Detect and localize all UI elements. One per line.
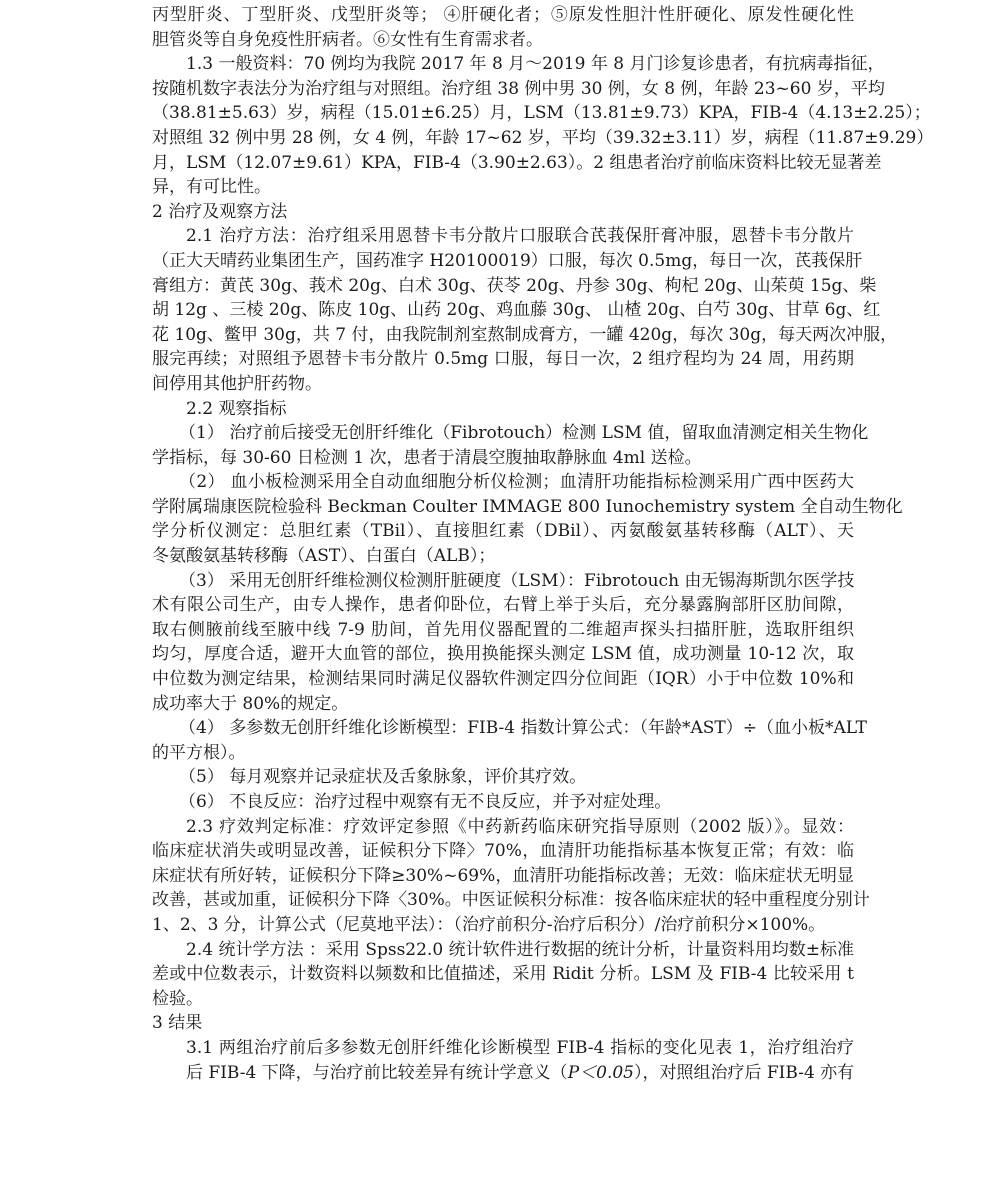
text-line: 花 10g、鳖甲 30g，共 7 付，由我院制剂室熬制成膏方，一罐 420g，每… (152, 323, 854, 348)
text-line: 均匀，厚度合适，避开大血管的部位，换用换能探头测定 LSM 值，成功测量 10-… (152, 642, 854, 667)
paragraph-treatment-method: 2.1 治疗方法：治疗组采用恩替卡韦分散片口服联合芪莪保肝膏冲服，恩替卡韦分散片 (152, 224, 854, 249)
text-line: 间停用其他护肝药物。 (152, 372, 854, 397)
p-value: P＜0.05 (568, 1063, 634, 1083)
text-line: 取右侧腋前线至腋中线 7-9 肋间，首先用仪器配置的二维超声探头扫描肝脏，选取肝… (152, 618, 854, 643)
text-line: 改善，甚或加重，证候积分下降〈30%。中医证候积分标准：按各临床症状的轻中重程度… (152, 888, 854, 913)
text-line: 胡 12g 、三棱 20g、陈皮 10g、山药 20g、鸡血藤 30g、 山楂 … (152, 298, 854, 323)
section-heading-results: 3 结果 (152, 1011, 854, 1036)
list-item-4: （4） 多参数无创肝纤维化诊断模型：FIB-4 指数计算公式：（年龄*AST）÷… (152, 716, 854, 741)
text-line: 膏组方：黄芪 30g、莪术 20g、白术 30g、茯苓 20g、丹参 30g、枸… (152, 274, 854, 299)
text-line: （38.81±5.63）岁，病程（15.01±6.25）月，LSM（13.81±… (152, 101, 854, 126)
text-line: （正大天晴药业集团生产，国药准字 H20100019）口服，每次 0.5mg，每… (152, 249, 854, 274)
list-item-2: （2） 血小板检测采用全自动血细胞分析仪检测；血清肝功能指标检测采用广西中医药大 (152, 470, 854, 495)
text-fragment: ），对照组治疗后 FIB-4 亦有 (634, 1063, 854, 1083)
paragraph-statistical-methods: 2.4 统计学方法 ：采用 Spss22.0 统计软件进行数据的统计分析，计量资… (152, 938, 854, 963)
text-line: 1、2、3 分，计算公式（尼莫地平法）：（治疗前积分-治疗后积分）/治疗前积分×… (152, 913, 854, 938)
section-heading-treatment-methods: 2 治疗及观察方法 (152, 200, 854, 225)
text-line: 成功率大于 80%的规定。 (152, 692, 854, 717)
text-line: 临床症状消失或明显改善，证候积分下降〉70%，血清肝功能指标基本恢复正常；有效：… (152, 839, 854, 864)
text-line: 冬氨酸氨基转移酶（AST）、白蛋白（ALB）； (152, 544, 854, 569)
text-line: 异，有可比性。 (152, 175, 854, 200)
text-line: 术有限公司生产，由专人操作，患者仰卧位，右臂上举于头后，充分暴露胸部肝区肋间隙， (152, 593, 854, 618)
text-line: 丙型肝炎、丁型肝炎、戊型肝炎等； ④肝硬化者；⑤原发性胆汁性肝硬化、原发性硬化性 (152, 3, 854, 28)
text-line: 学附属瑞康医院检验科 Beckman Coulter IMMAGE 800 Iu… (152, 495, 854, 520)
list-item-5: （5） 每月观察并记录症状及舌象脉象，评价其疗效。 (152, 765, 854, 790)
text-line: 对照组 32 例中男 28 例，女 4 例，年龄 17~62 岁，平均（39.3… (152, 126, 854, 151)
text-line: 服完再续；对照组予恩替卡韦分散片 0.5mg 口服，每日一次，2 组疗程均为 2… (152, 347, 854, 372)
text-line: 中位数为测定结果，检测结果同时满足仪器软件测定四分位间距（IQR）小于中位数 1… (152, 667, 854, 692)
paragraph-results-3-1: 3.1 两组治疗前后多参数无创肝纤维化诊断模型 FIB-4 指标的变化见表 1，… (152, 1036, 854, 1061)
text-line: 差或中位数表示，计数资料以频数和比值描述，采用 Ridit 分析。LSM 及 F… (152, 962, 854, 987)
paragraph-efficacy-criteria: 2.3 疗效判定标准：疗效评定参照《中药新药临床研究指导原则（2002 版）》。… (152, 815, 854, 840)
text-line: 学指标，每 30-60 日检测 1 次，患者于清晨空腹抽取静脉血 4ml 送检。 (152, 446, 854, 471)
text-line: 后 FIB-4 下降，与治疗前比较差异有统计学意义（P＜0.05），对照组治疗后… (152, 1061, 854, 1086)
list-item-6: （6） 不良反应：治疗过程中观察有无不良反应，并予对症处理。 (152, 790, 854, 815)
text-line: 学分析仪测定：总胆红素（TBil）、直接胆红素（DBil）、丙氨酸氨基转移酶（A… (152, 519, 854, 544)
text-line: 按随机数字表法分为治疗组与对照组。治疗组 38 例中男 30 例，女 8 例，年… (152, 77, 854, 102)
text-line: 床症状有所好转，证候积分下降≥30%~69%，血清肝功能指标改善；无效：临床症状… (152, 864, 854, 889)
list-item-1: （1） 治疗前后接受无创肝纤维化（Fibrotouch）检测 LSM 值，留取血… (152, 421, 854, 446)
text-line: 月，LSM（12.07±9.61）KPA，FIB-4（3.90±2.63）。2 … (152, 151, 854, 176)
text-line: 检验。 (152, 987, 854, 1012)
subheading-observation-indicators: 2.2 观察指标 (152, 397, 854, 422)
paragraph-general-info: 1.3 一般资料：70 例均为我院 2017 年 8 月～2019 年 8 月门… (152, 52, 854, 77)
text-line: 胆管炎等自身免疫性肝病者。⑥女性有生育需求者。 (152, 28, 854, 53)
text-fragment: 后 FIB-4 下降，与治疗前比较差异有统计学意义（ (186, 1063, 568, 1083)
text-line: 的平方根）。 (152, 741, 854, 766)
document-page: 丙型肝炎、丁型肝炎、戊型肝炎等； ④肝硬化者；⑤原发性胆汁性肝硬化、原发性硬化性… (152, 3, 854, 1085)
list-item-3: （3） 采用无创肝纤维检测仪检测肝脏硬度（LSM）：Fibrotouch 由无锡… (152, 569, 854, 594)
